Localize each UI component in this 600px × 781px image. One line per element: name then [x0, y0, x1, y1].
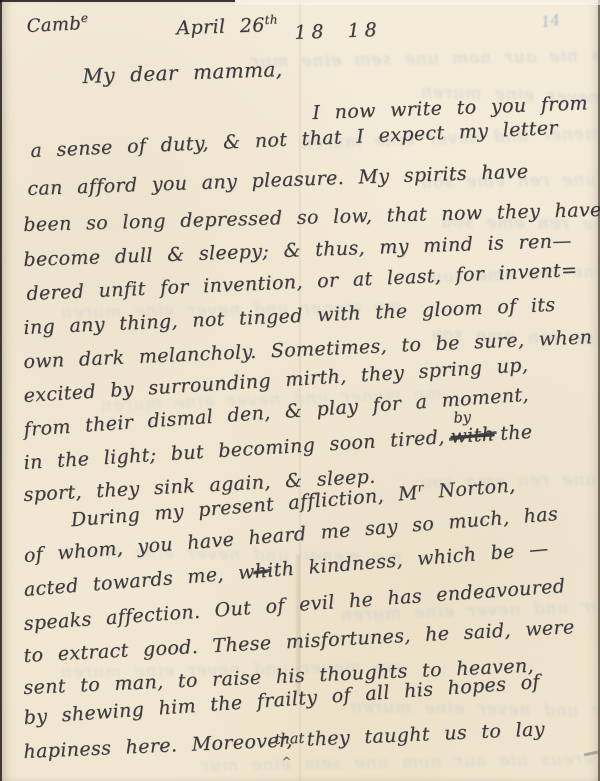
place-text: Camb	[26, 13, 82, 37]
mr-superscript: r	[417, 480, 424, 494]
scan-edge-top	[0, 0, 235, 2]
fold-crease	[299, 0, 301, 781]
year-text: 18 18	[294, 19, 382, 44]
fold-crease-strong	[297, 555, 299, 695]
caret-mark: ^	[281, 754, 292, 768]
struck-word: with	[450, 423, 495, 448]
letter-line: a sense of duty, & not that I expect my …	[30, 117, 558, 162]
date-text: April 26	[176, 14, 265, 39]
letter-page: un mon ereus nie aur nom une sem eine mu…	[0, 0, 600, 781]
scan-edge-left	[0, 0, 2, 781]
place-line: Cambe	[26, 11, 89, 37]
date-superscript: th	[264, 12, 278, 26]
place-superscript: e	[80, 11, 88, 25]
page-number-bleed: 14	[540, 11, 561, 31]
line-text: they taught us to lay	[306, 718, 545, 750]
line-text: the	[500, 421, 534, 445]
date-line: April 26th18 18	[176, 9, 382, 39]
struck-letter: h	[254, 560, 268, 583]
inserted-word: by	[453, 410, 471, 427]
salutation: My dear mamma,	[82, 57, 283, 88]
line-text: Norton,	[438, 474, 517, 502]
correction: withby	[450, 423, 495, 448]
letter-line: can afford you any pleasure. My spirits …	[27, 161, 529, 200]
paper-edge-highlight	[235, 0, 600, 5]
bleedthrough-line: un mon ereus nie aur nom une sem eine mu…	[250, 44, 600, 72]
line-text: acted towards me, w	[23, 561, 256, 601]
